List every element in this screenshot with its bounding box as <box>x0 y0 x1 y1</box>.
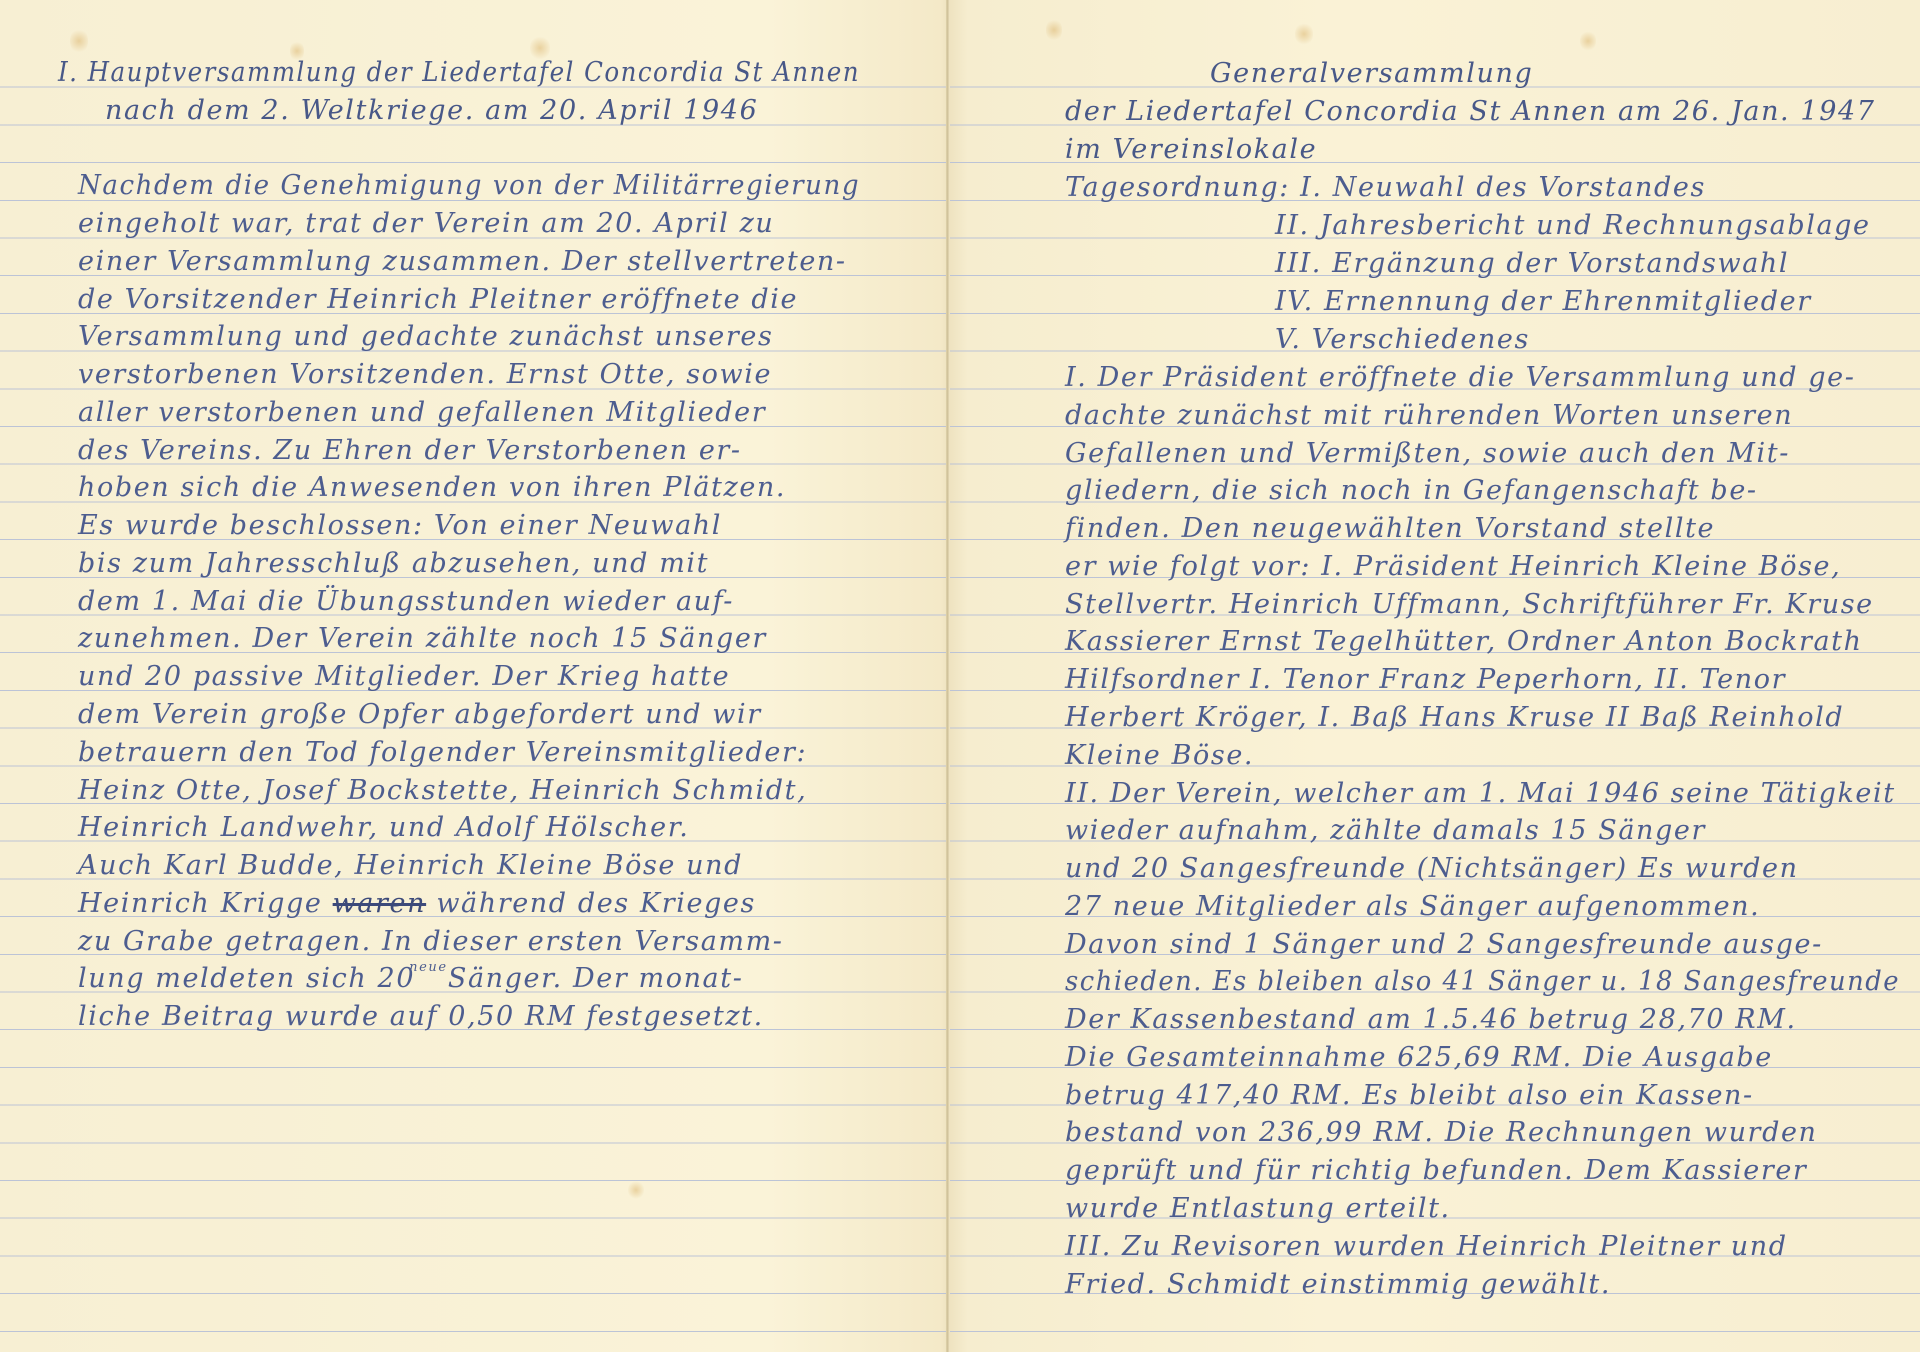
left-body-line: dem 1. Mai die Übungsstunden wieder auf- <box>78 587 734 617</box>
right-body-line: finden. Den neugewählten Vorstand stellt… <box>1065 514 1715 544</box>
left-body-line: liche Beitrag wurde auf 0,50 RM festgese… <box>78 1002 764 1032</box>
left-page: I. Hauptversammlung der Liedertafel Conc… <box>0 0 948 1352</box>
left-body-line: bis zum Jahresschluß abzusehen, und mit <box>78 549 709 579</box>
right-body-line: I. Der Präsident eröffnete die Versammlu… <box>1065 363 1855 393</box>
right-body-line: bestand von 236,99 RM. Die Rechnungen wu… <box>1065 1118 1818 1148</box>
left-body-line: aller verstorbenen und gefallenen Mitgli… <box>78 398 766 428</box>
right-body-line: Hilfsordner I. Tenor Franz Peperhorn, II… <box>1065 665 1786 695</box>
right-body-line: er wie folgt vor: I. Präsident Heinrich … <box>1065 552 1841 582</box>
paper-stain <box>1580 30 1596 52</box>
left-body-line: Es wurde beschlossen: Von einer Neuwahl <box>78 511 722 541</box>
left-title-line-1: I. Hauptversammlung der Liedertafel Conc… <box>58 58 860 88</box>
agenda-item: I. Neuwahl des Vorstandes <box>1300 172 1706 203</box>
right-body-line: Kleine Böse. <box>1065 741 1254 771</box>
right-body-line: dachte zunächst mit rührenden Worten uns… <box>1065 401 1793 431</box>
paper-stain <box>70 28 88 54</box>
right-body-line: Gefallenen und Vermißten, sowie auch den… <box>1065 439 1790 469</box>
agenda-item: IV. Ernennung der Ehrenmitglieder <box>1275 287 1812 317</box>
paper-stain <box>628 1180 644 1200</box>
left-body-line: hoben sich die Anwesenden von ihren Plät… <box>78 473 786 503</box>
agenda-first-line: Tagesordnung: I. Neuwahl des Vorstandes <box>1065 173 1706 203</box>
right-body-line: III. Zu Revisoren wurden Heinrich Pleitn… <box>1065 1232 1788 1262</box>
left-body-line: Auch Karl Budde, Heinrich Kleine Böse un… <box>78 851 743 881</box>
paper-stain <box>1046 18 1062 42</box>
right-body-line: II. Der Verein, welcher am 1. Mai 1946 s… <box>1065 779 1896 809</box>
left-body-line: Heinrich Landwehr, und Adolf Hölscher. <box>78 813 689 843</box>
right-subheading-1: der Liedertafel Concordia St Annen am 26… <box>1065 97 1876 127</box>
right-body-line: Kassierer Ernst Tegelhütter, Ordner Anto… <box>1065 627 1863 657</box>
left-title-line-2: nach dem 2. Weltkriege. am 20. April 194… <box>105 96 758 126</box>
left-body-line: verstorbenen Vorsitzenden. Ernst Otte, s… <box>78 360 772 390</box>
right-page: Generalversammlung der Liedertafel Conco… <box>950 0 1920 1352</box>
right-body-line: Der Kassenbestand am 1.5.46 betrug 28,70… <box>1065 1005 1797 1035</box>
paper-stain <box>1295 22 1313 46</box>
right-body-line: Herbert Kröger, I. Baß Hans Kruse II Baß… <box>1065 703 1844 733</box>
left-body-line: de Vorsitzender Heinrich Pleitner eröffn… <box>78 285 798 315</box>
right-body-line: schieden. Es bleiben also 41 Sänger u. 1… <box>1065 967 1900 997</box>
agenda-item: V. Verschiedenes <box>1275 325 1530 355</box>
binding-fold <box>946 0 949 1352</box>
left-body-line: zu Grabe getragen. In dieser ersten Vers… <box>78 927 784 957</box>
right-body-line: Fried. Schmidt einstimmig gewählt. <box>1065 1270 1611 1300</box>
left-body-text: während des Krieges <box>436 888 756 919</box>
agenda-item: II. Jahresbericht und Rechnungsablage <box>1275 211 1871 241</box>
right-subheading-2: im Vereinslokale <box>1065 135 1317 165</box>
right-body-line: Stellvertr. Heinrich Uffmann, Schriftfüh… <box>1065 590 1874 620</box>
right-body-line: Die Gesamteinnahme 625,69 RM. Die Ausgab… <box>1065 1043 1773 1073</box>
left-body-text: Heinrich Krigge <box>78 888 322 919</box>
right-heading: Generalversammlung <box>1210 59 1533 89</box>
right-body-line: betrug 417,40 RM. Es bleibt also ein Kas… <box>1065 1081 1754 1111</box>
left-body-line: einer Versammlung zusammen. Der stellver… <box>78 247 847 277</box>
left-body-line: Versammlung und gedachte zunächst unsere… <box>78 322 773 352</box>
right-body-line: wieder aufnahm, zählte damals 15 Sänger <box>1065 816 1706 846</box>
right-body-line: und 20 Sangesfreunde (Nichtsänger) Es wu… <box>1065 854 1799 884</box>
right-body-line: gliedern, die sich noch in Gefangenschaf… <box>1065 476 1758 506</box>
left-body-line: des Vereins. Zu Ehren der Verstorbenen e… <box>78 436 742 466</box>
left-body-line: und 20 passive Mitglieder. Der Krieg hat… <box>78 662 730 692</box>
left-body-line: Heinrich Krigge waren während des Kriege… <box>78 889 756 919</box>
right-body-line: wurde Entlastung erteilt. <box>1065 1194 1451 1224</box>
superscript-insertion: neue <box>409 960 448 975</box>
agenda-label: Tagesordnung: <box>1065 172 1290 203</box>
right-body-line: geprüft und für richtig befunden. Dem Ka… <box>1065 1156 1807 1186</box>
left-body-text: lung meldeten sich 20 <box>78 963 415 994</box>
agenda-item: III. Ergänzung der Vorstandswahl <box>1275 249 1789 279</box>
left-body-line: betrauern den Tod folgender Vereinsmitgl… <box>78 738 807 768</box>
struck-word: waren <box>333 888 426 919</box>
left-body-line: dem Verein große Opfer abgefordert und w… <box>78 700 762 730</box>
left-body-line: zunehmen. Der Verein zählte noch 15 Säng… <box>78 624 767 654</box>
left-body-line: Nachdem die Genehmigung von der Militärr… <box>78 171 860 201</box>
right-body-line: 27 neue Mitglieder als Sänger aufgenomme… <box>1065 892 1760 922</box>
notebook-spread: I. Hauptversammlung der Liedertafel Conc… <box>0 0 1920 1352</box>
left-body-line: Heinz Otte, Josef Bockstette, Heinrich S… <box>78 776 807 806</box>
left-body-line: lung meldeten sich 20neue Sänger. Der mo… <box>78 964 743 999</box>
right-body-line: Davon sind 1 Sänger und 2 Sangesfreunde … <box>1065 930 1823 960</box>
left-body-line: eingeholt war, trat der Verein am 20. Ap… <box>78 209 774 239</box>
left-body-text: Sänger. Der monat- <box>448 963 744 994</box>
